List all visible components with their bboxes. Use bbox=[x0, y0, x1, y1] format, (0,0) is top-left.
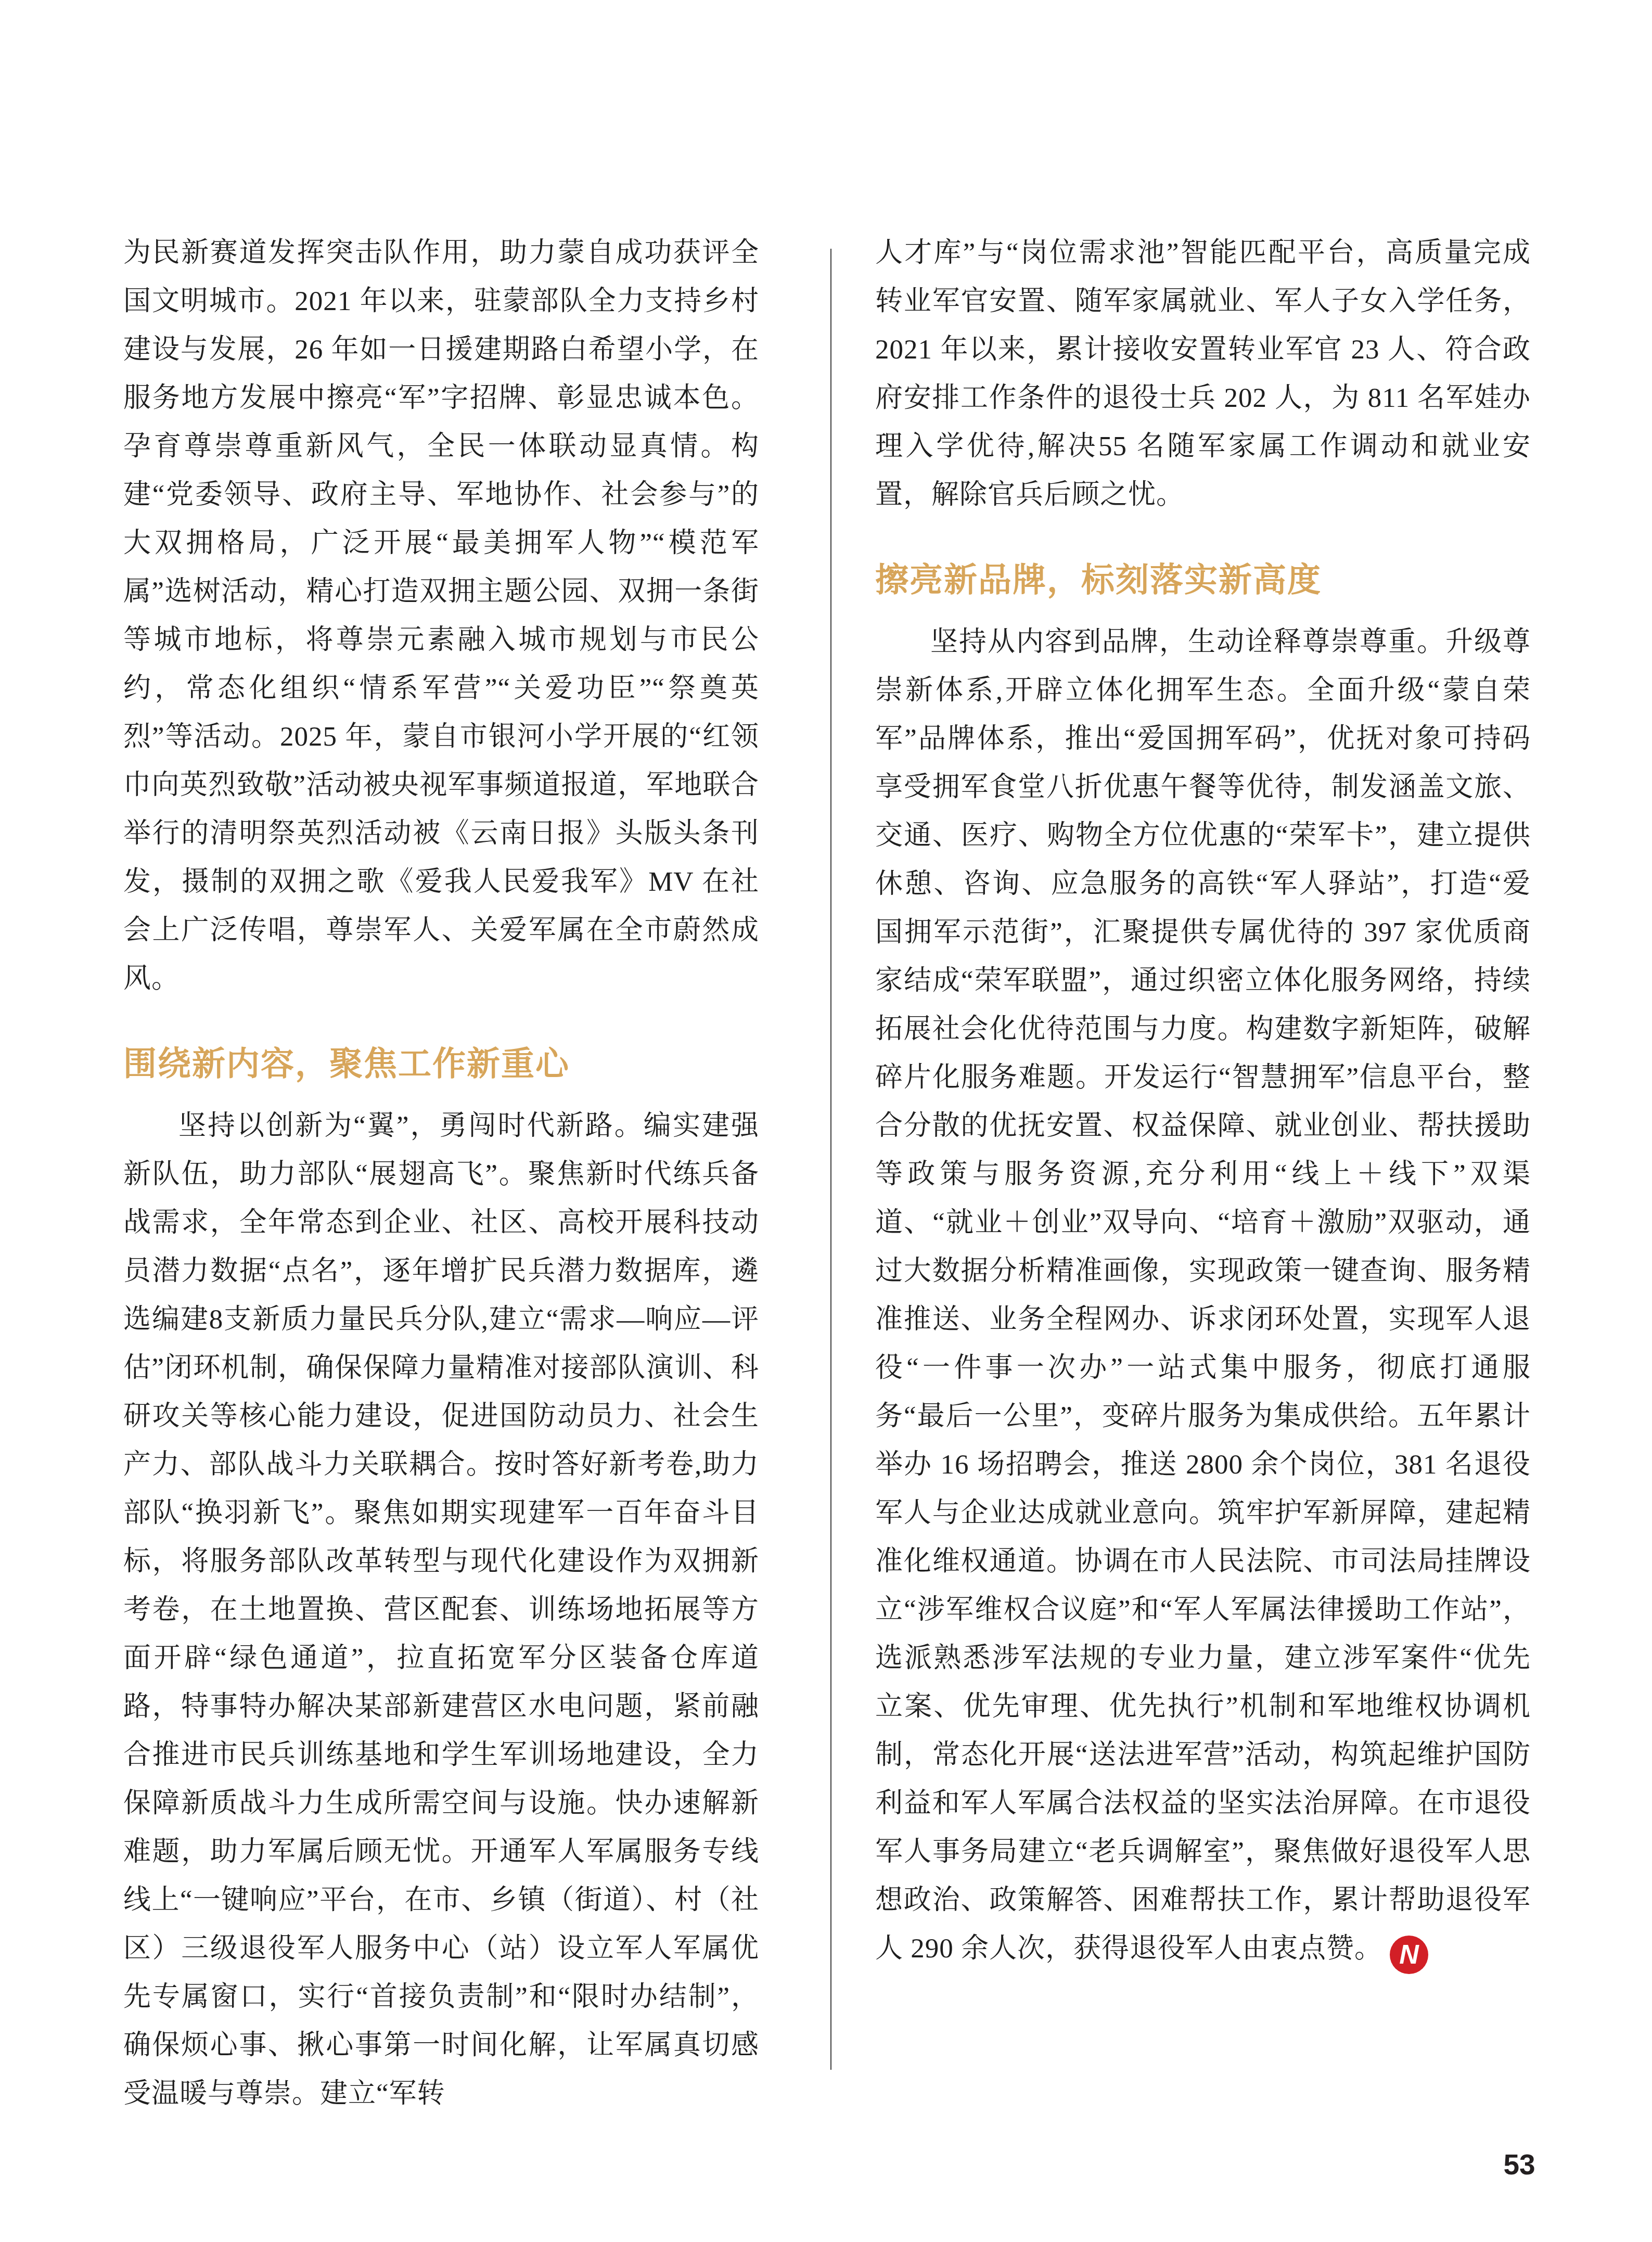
magazine-page: 为民新赛道发挥突击队作用，助力蒙自成功获评全国文明城市。2021 年以来，驻蒙部… bbox=[0, 0, 1652, 2242]
left-paragraph-body: 坚持以创新为“翼”，勇闯时代新路。编实建强新队伍，助力部队“展翅高飞”。聚焦新时… bbox=[123, 1102, 759, 2118]
right-column: 人才库”与“岗位需求池”智能匹配平台，高质量完成转业军官安置、随军家属就业、军人… bbox=[875, 229, 1531, 1974]
section-heading-new-content: 围绕新内容，聚焦工作新重心 bbox=[123, 1045, 759, 1082]
section-heading-new-brand: 擦亮新品牌，标刻落实新高度 bbox=[875, 561, 1531, 598]
magazine-end-mark-icon: N bbox=[1390, 1936, 1428, 1974]
left-paragraph-continued: 为民新赛道发挥突击队作用，助力蒙自成功获评全国文明城市。2021 年以来，驻蒙部… bbox=[123, 229, 759, 1003]
column-divider bbox=[830, 249, 831, 2070]
right-paragraph-body: 坚持从内容到品牌，生动诠释尊崇尊重。升级尊崇新体系,开辟立体化拥军生态。全面升级… bbox=[875, 618, 1531, 1974]
right-paragraph-text: 坚持从内容到品牌，生动诠释尊崇尊重。升级尊崇新体系,开辟立体化拥军生态。全面升级… bbox=[875, 627, 1531, 1964]
right-paragraph-continued: 人才库”与“岗位需求池”智能匹配平台，高质量完成转业军官安置、随军家属就业、军人… bbox=[875, 229, 1531, 519]
page-number: 53 bbox=[1488, 2148, 1551, 2181]
left-column: 为民新赛道发挥突击队作用，助力蒙自成功获评全国文明城市。2021 年以来，驻蒙部… bbox=[123, 229, 759, 2118]
